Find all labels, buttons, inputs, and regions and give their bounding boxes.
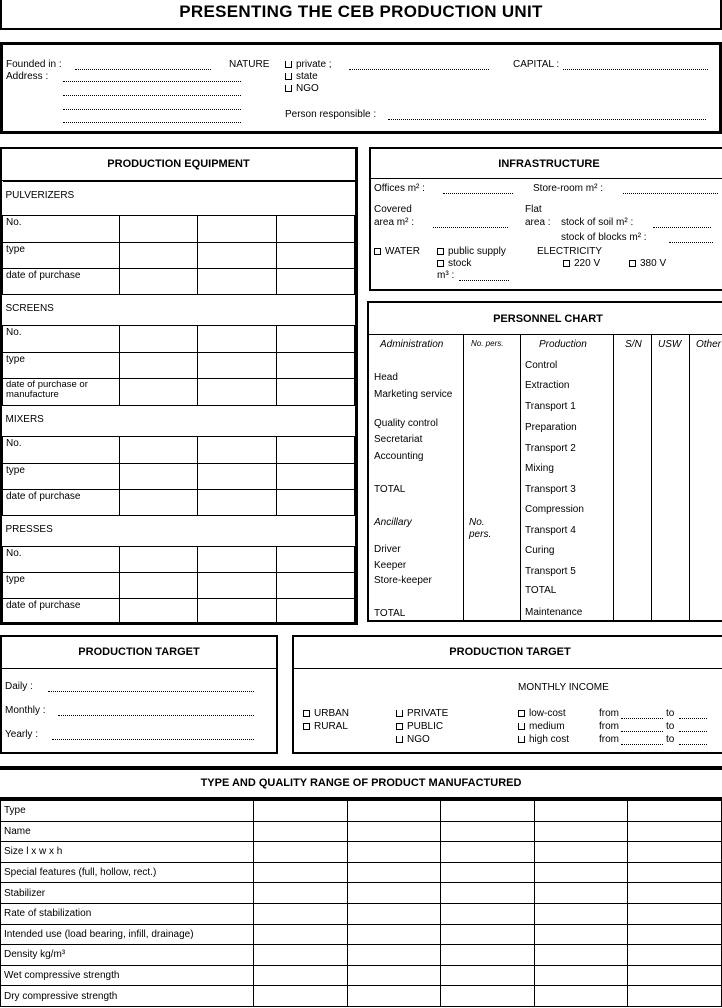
cell[interactable] <box>120 216 198 243</box>
infrastructure-title: INFRASTRUCTURE <box>371 149 722 179</box>
prod-transport-3: Transport 3 <box>525 484 576 495</box>
prod-transport-2: Transport 2 <box>525 443 576 454</box>
daily-label: Daily : <box>5 681 33 692</box>
header-no-pers: No. pers. <box>471 339 503 348</box>
cell[interactable] <box>441 801 535 822</box>
capital-field[interactable] <box>563 61 708 70</box>
row-label: No. <box>3 326 120 353</box>
page-title: PRESENTING THE CEB PRODUCTION UNIT <box>0 0 722 30</box>
cell[interactable] <box>347 801 441 822</box>
prod-extraction: Extraction <box>525 380 569 391</box>
cell[interactable] <box>534 842 628 863</box>
general-info-section: Founded in : NATURE private ; CAPITAL : … <box>0 42 722 134</box>
checkbox-icon <box>437 248 444 255</box>
cell[interactable] <box>347 965 441 986</box>
cell[interactable] <box>198 437 276 464</box>
cell[interactable] <box>254 842 348 863</box>
header-production: Production <box>539 339 587 350</box>
cell[interactable] <box>441 842 535 863</box>
nature-ngo-option[interactable]: NGO <box>285 83 319 94</box>
checkbox-icon <box>629 260 636 267</box>
row-label: type <box>3 573 120 599</box>
row-label: Stabilizer <box>1 883 254 904</box>
monthly-field[interactable] <box>58 707 254 716</box>
cell[interactable] <box>347 945 441 966</box>
checkbox-icon <box>518 736 525 743</box>
from-label: from <box>599 721 619 732</box>
row-label: No. <box>3 216 120 243</box>
nature-private-option[interactable]: private ; <box>285 59 332 70</box>
cell[interactable] <box>441 883 535 904</box>
row-label: Type <box>1 801 254 822</box>
cell[interactable] <box>120 437 198 464</box>
private-field[interactable] <box>349 61 489 70</box>
checkbox-icon <box>303 723 310 730</box>
low-cost-to-field[interactable] <box>679 710 707 719</box>
cell[interactable] <box>347 842 441 863</box>
admin-secretariat: Secretariat <box>374 434 422 445</box>
water-m3-field[interactable] <box>459 272 509 281</box>
admin-accounting: Accounting <box>374 451 423 462</box>
row-label: Special features (full, hollow, rect.) <box>1 862 254 883</box>
yearly-label: Yearly : <box>5 729 38 740</box>
low-cost-option[interactable]: low-cost <box>518 708 566 719</box>
yearly-field[interactable] <box>52 731 254 740</box>
admin-quality-control: Quality control <box>374 418 438 429</box>
products-title: TYPE AND QUALITY RANGE OF PRODUCT MANUFA… <box>0 770 722 800</box>
stock-blocks-field[interactable] <box>669 234 713 243</box>
flat-label: Flat <box>525 204 542 215</box>
checkbox-icon <box>396 736 403 743</box>
ancillary-keeper: Keeper <box>374 560 406 571</box>
checkbox-icon <box>285 61 292 68</box>
cell[interactable] <box>254 883 348 904</box>
admin-marketing: Marketing service <box>374 389 454 400</box>
nature-state-option[interactable]: state <box>285 71 318 82</box>
water-option[interactable]: WATER <box>374 246 420 257</box>
cell[interactable] <box>276 379 354 406</box>
row-label: No. <box>3 437 120 464</box>
header-sn: S/N <box>625 339 642 350</box>
header-other: Other <box>696 339 721 350</box>
row-label: date of purchase <box>3 599 120 624</box>
prod-compression: Compression <box>525 504 584 515</box>
cell[interactable] <box>276 269 354 295</box>
products-table: Type Name Size l x w x h Special feature… <box>0 800 722 1007</box>
cell[interactable] <box>120 243 198 269</box>
cell[interactable] <box>198 599 276 624</box>
cell[interactable] <box>198 379 276 406</box>
column-divider <box>689 335 690 620</box>
products-section: TYPE AND QUALITY RANGE OF PRODUCT MANUFA… <box>0 766 722 1008</box>
row-label: Density kg/m³ <box>1 945 254 966</box>
row-label: type <box>3 243 120 269</box>
offices-field[interactable] <box>443 185 513 194</box>
covered-label: Covered <box>374 204 412 215</box>
personnel-chart-section: PERSONNEL CHART Administration No. pers.… <box>367 301 722 622</box>
checkbox-icon <box>437 260 444 267</box>
column-divider <box>651 335 652 620</box>
urban-option[interactable]: URBAN <box>303 708 349 719</box>
cell[interactable] <box>628 883 722 904</box>
cell[interactable] <box>198 243 276 269</box>
column-divider <box>520 335 521 620</box>
cell[interactable] <box>198 269 276 295</box>
store-room-field[interactable] <box>623 185 718 194</box>
cell[interactable] <box>276 573 354 599</box>
cell[interactable] <box>198 216 276 243</box>
cell[interactable] <box>628 801 722 822</box>
covered-area-label: area m² : <box>374 217 414 228</box>
row-label: Wet compressive strength <box>1 965 254 986</box>
electricity-380v-option[interactable]: 380 V <box>629 258 666 269</box>
row-label: type <box>3 464 120 490</box>
flat-area-label: area : <box>525 217 551 228</box>
cell[interactable] <box>628 965 722 986</box>
ancillary-total: TOTAL <box>374 608 405 619</box>
cell[interactable] <box>276 216 354 243</box>
public-option[interactable]: PUBLIC <box>396 721 443 732</box>
daily-field[interactable] <box>48 683 254 692</box>
capital-label: CAPITAL : <box>513 59 559 70</box>
high-cost-option[interactable]: high cost <box>518 734 569 745</box>
address-label: Address : <box>6 71 48 82</box>
cell[interactable] <box>198 490 276 516</box>
prod-transport-4: Transport 4 <box>525 525 576 536</box>
cell[interactable] <box>120 464 198 490</box>
cell[interactable] <box>276 437 354 464</box>
production-target-title: PRODUCTION TARGET <box>2 637 276 669</box>
cell[interactable] <box>441 924 535 945</box>
checkbox-icon <box>303 710 310 717</box>
header-usw: USW <box>658 339 681 350</box>
cell[interactable] <box>276 599 354 624</box>
column-divider <box>463 335 464 620</box>
person-responsible-label: Person responsible : <box>285 109 376 120</box>
low-cost-from-field[interactable] <box>621 710 663 719</box>
cell[interactable] <box>628 945 722 966</box>
prod-maintenance: Maintenance <box>525 607 582 618</box>
checkbox-icon <box>518 723 525 730</box>
cell[interactable] <box>198 573 276 599</box>
cell[interactable] <box>628 903 722 924</box>
high-cost-from-field[interactable] <box>621 736 663 745</box>
cell[interactable] <box>254 821 348 842</box>
cell[interactable] <box>441 903 535 924</box>
row-label: type <box>3 353 120 379</box>
from-label: from <box>599 708 619 719</box>
admin-total: TOTAL <box>374 484 405 495</box>
ancillary-driver: Driver <box>374 544 401 555</box>
cell[interactable] <box>120 269 198 295</box>
address-line-3[interactable] <box>63 101 241 110</box>
to-label: to <box>666 721 674 732</box>
private-option[interactable]: PRIVATE <box>396 708 448 719</box>
medium-option[interactable]: medium <box>518 721 565 732</box>
stock-soil-field[interactable] <box>653 219 711 228</box>
cell[interactable] <box>628 821 722 842</box>
prod-total: TOTAL <box>525 585 556 596</box>
prod-transport-5: Transport 5 <box>525 566 576 577</box>
cell[interactable] <box>276 464 354 490</box>
cell[interactable] <box>347 924 441 945</box>
cell[interactable] <box>254 965 348 986</box>
to-label: to <box>666 708 674 719</box>
monthly-label: Monthly : <box>5 705 46 716</box>
checkbox-icon <box>285 73 292 80</box>
personnel-chart-title: PERSONNEL CHART <box>369 303 722 335</box>
nature-label: NATURE <box>229 59 269 70</box>
checkbox-icon <box>518 710 525 717</box>
cell[interactable] <box>441 965 535 986</box>
stock-blocks-label: stock of blocks m² : <box>561 232 647 243</box>
cell[interactable] <box>198 547 276 573</box>
group-screens: SCREENS <box>3 295 355 326</box>
monthly-income-label: MONTHLY INCOME <box>518 682 609 693</box>
row-label: date of purchase <box>3 269 120 295</box>
cell[interactable] <box>254 945 348 966</box>
admin-head: Head <box>374 372 398 383</box>
cell[interactable] <box>120 547 198 573</box>
water-public-supply-option[interactable]: public supply <box>437 246 506 257</box>
group-mixers: MIXERS <box>3 406 355 437</box>
cell[interactable] <box>628 862 722 883</box>
cell[interactable] <box>254 801 348 822</box>
to-label: to <box>666 734 674 745</box>
checkbox-icon <box>374 248 381 255</box>
cell[interactable] <box>441 862 535 883</box>
medium-to-field[interactable] <box>679 723 707 732</box>
founded-label: Founded in : <box>6 59 62 70</box>
address-line-2[interactable] <box>63 87 241 96</box>
offices-label: Offices m² : <box>374 183 425 194</box>
person-responsible-field[interactable] <box>388 111 706 120</box>
cell[interactable] <box>441 986 535 1007</box>
cell[interactable] <box>534 945 628 966</box>
cell[interactable] <box>254 903 348 924</box>
cell[interactable] <box>120 490 198 516</box>
cell[interactable] <box>276 547 354 573</box>
water-stock-option[interactable]: stock <box>437 258 471 269</box>
cell[interactable] <box>276 326 354 353</box>
cell[interactable] <box>628 986 722 1007</box>
founded-field[interactable] <box>75 61 211 70</box>
row-label: Dry compressive strength <box>1 986 254 1007</box>
prod-curing: Curing <box>525 545 554 556</box>
cell[interactable] <box>534 903 628 924</box>
ancillary-label: Ancillary <box>374 517 412 528</box>
equipment-table: PULVERIZERS No. type date of purchase SC… <box>2 181 355 624</box>
address-line-4[interactable] <box>63 114 241 123</box>
row-label: Rate of stabilization <box>1 903 254 924</box>
cell[interactable] <box>198 353 276 379</box>
cell[interactable] <box>534 883 628 904</box>
prod-transport-1: Transport 1 <box>525 401 576 412</box>
row-label: Name <box>1 821 254 842</box>
checkbox-icon <box>285 85 292 92</box>
electricity-220v-option[interactable]: 220 V <box>563 258 600 269</box>
electricity-label: ELECTRICITY <box>537 246 602 257</box>
row-label: date of purchase or manufacture <box>3 379 120 406</box>
infrastructure-section: INFRASTRUCTURE Offices m² : Store-room m… <box>369 147 722 291</box>
production-target-right-section: PRODUCTION TARGET MONTHLY INCOME URBAN R… <box>292 635 722 754</box>
cell[interactable] <box>347 821 441 842</box>
cell[interactable] <box>120 599 198 624</box>
row-label: date of purchase <box>3 490 120 516</box>
cell[interactable] <box>120 379 198 406</box>
group-pulverizers: PULVERIZERS <box>3 182 355 216</box>
cell[interactable] <box>534 821 628 842</box>
water-m3-label: m³ : <box>437 270 454 281</box>
cell[interactable] <box>534 965 628 986</box>
cell[interactable] <box>276 490 354 516</box>
row-label: Size l x w x h <box>1 842 254 863</box>
row-label: No. <box>3 547 120 573</box>
row-label: Intended use (load bearing, infill, drai… <box>1 924 254 945</box>
prod-mixing: Mixing <box>525 463 554 474</box>
cell[interactable] <box>534 986 628 1007</box>
group-presses: PRESSES <box>3 516 355 547</box>
cell[interactable] <box>276 243 354 269</box>
prod-control: Control <box>525 360 557 371</box>
medium-from-field[interactable] <box>621 723 663 732</box>
header-administration: Administration <box>380 339 443 350</box>
from-label: from <box>599 734 619 745</box>
ngo-option[interactable]: NGO <box>396 734 430 745</box>
cell[interactable] <box>441 945 535 966</box>
cell[interactable] <box>534 862 628 883</box>
high-cost-to-field[interactable] <box>679 736 707 745</box>
production-equipment-title: PRODUCTION EQUIPMENT <box>2 149 355 181</box>
column-divider <box>613 335 614 620</box>
cell[interactable] <box>198 326 276 353</box>
address-line-1[interactable] <box>63 73 241 82</box>
checkbox-icon <box>396 710 403 717</box>
covered-area-field[interactable] <box>433 219 508 228</box>
cell[interactable] <box>628 924 722 945</box>
production-equipment-section: PRODUCTION EQUIPMENT PULVERIZERS No. typ… <box>0 147 358 625</box>
store-room-label: Store-room m² : <box>533 183 603 194</box>
cell[interactable] <box>628 842 722 863</box>
cell[interactable] <box>347 986 441 1007</box>
ancillary-store-keeper: Store-keeper <box>374 575 432 586</box>
cell[interactable] <box>347 883 441 904</box>
cell[interactable] <box>254 924 348 945</box>
cell[interactable] <box>120 353 198 379</box>
prod-preparation: Preparation <box>525 422 577 433</box>
cell[interactable] <box>534 924 628 945</box>
stock-soil-label: stock of soil m² : <box>561 217 633 228</box>
production-target-left-section: PRODUCTION TARGET Daily : Monthly : Year… <box>0 635 278 754</box>
cell[interactable] <box>347 862 441 883</box>
rural-option[interactable]: RURAL <box>303 721 348 732</box>
ancillary-no-pers: No. pers. <box>469 517 509 541</box>
cell[interactable] <box>254 862 348 883</box>
cell[interactable] <box>120 326 198 353</box>
checkbox-icon <box>563 260 570 267</box>
cell[interactable] <box>276 353 354 379</box>
production-target-title: PRODUCTION TARGET <box>294 637 722 669</box>
cell[interactable] <box>347 903 441 924</box>
cell[interactable] <box>120 573 198 599</box>
checkbox-icon <box>396 723 403 730</box>
cell[interactable] <box>441 821 535 842</box>
cell[interactable] <box>198 464 276 490</box>
cell[interactable] <box>534 801 628 822</box>
cell[interactable] <box>254 986 348 1007</box>
